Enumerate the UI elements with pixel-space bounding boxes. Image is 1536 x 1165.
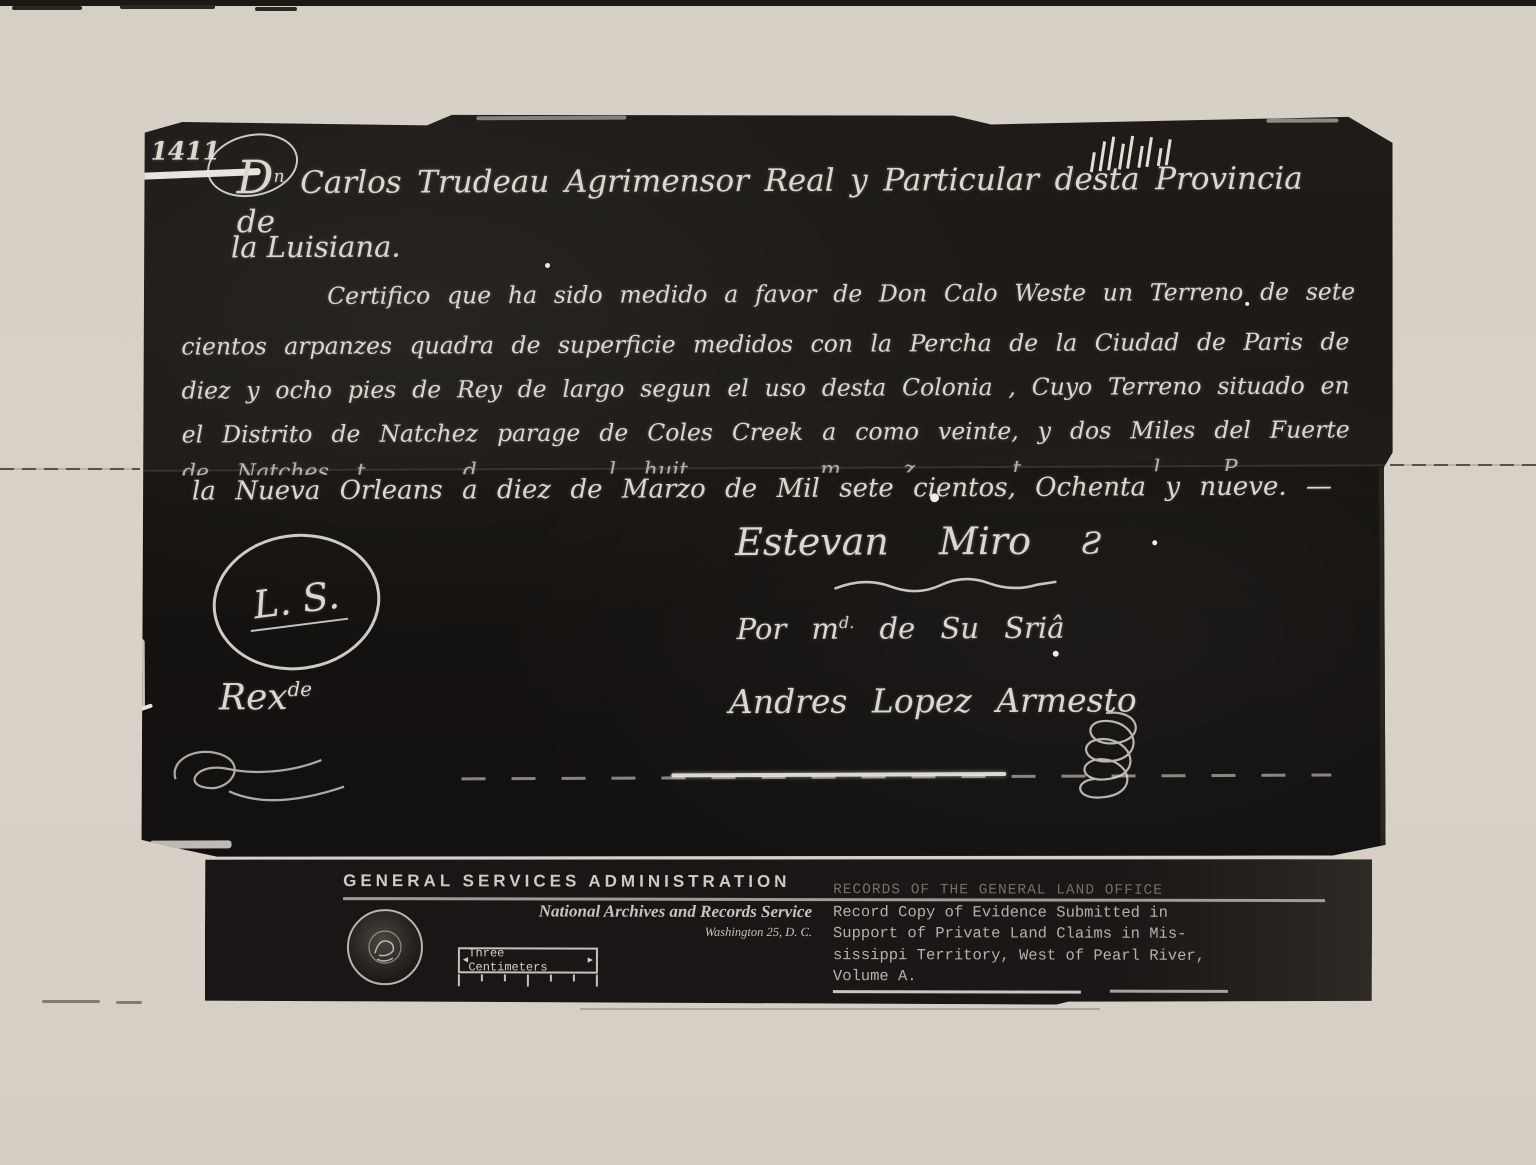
manuscript-body-line: cientos arpanzes quadra de superficie me… — [181, 327, 1349, 360]
scale-label: Three Centimeters — [468, 946, 587, 974]
miro-rubric-flourish — [830, 573, 1060, 596]
volume-underline — [1110, 990, 1228, 993]
signature-miro-text: Estevan Miro — [735, 519, 1031, 564]
archives-caption-strip: GENERAL SERVICES ADMINISTRATION National… — [205, 857, 1372, 1005]
opening-superscript: n — [273, 167, 284, 187]
rex-flourish — [167, 736, 352, 812]
page-top-edge — [0, 0, 1536, 6]
manuscript-date-line: la Nueva Orleans a diez de Marzo de Mil … — [192, 472, 1332, 507]
provenance-line: sissippi Territory, West of Pearl River, — [833, 945, 1205, 967]
margin-dash — [131, 703, 153, 714]
rex-superscript: de — [288, 678, 312, 701]
gsa-seal-logo — [347, 909, 423, 985]
attestation-line: Por md. de Su Sriâ — [737, 611, 1065, 646]
provenance-line: Record Copy of Evidence Submitted in — [833, 902, 1205, 924]
opening-initial: D — [237, 150, 274, 204]
national-archives-block: National Archives and Records Service Wa… — [520, 901, 812, 940]
manuscript-body-line: el Distrito de Natchez parage de Coles C… — [182, 415, 1350, 448]
paper-speck — [1152, 540, 1157, 545]
scale-bar: ◄ Three Centimeters ► — [458, 947, 598, 986]
signature-estevan-miro: Estevan Miro Ƨ — [735, 519, 1102, 565]
page-edge-mark — [12, 6, 82, 10]
provenance-line: Support of Private Land Claims in Mis- — [833, 923, 1205, 945]
manuscript-body-line: diez y ocho pies de Rey de largo segun e… — [182, 371, 1350, 404]
photostat-document: 1411 Dn Carlos Trudeau Agrimensor Real y… — [138, 109, 1395, 860]
fold-crease-right — [1390, 464, 1536, 466]
service-city: Washington 25, D. C. — [520, 924, 812, 940]
paper-edge-highlight — [1266, 119, 1338, 123]
volume-underline — [833, 990, 1081, 993]
opening-text: Carlos Trudeau Agrimensor Real y Particu… — [237, 161, 1303, 241]
page-edge-mark — [120, 5, 215, 9]
rex-notation: Rexde — [219, 677, 312, 718]
typed-provenance-block: RECORDS OF THE GENERAL LAND OFFICE Recor… — [833, 880, 1205, 988]
gsa-seal-emblem-icon — [365, 927, 405, 967]
miro-rubric-glyph: Ƨ — [1081, 527, 1102, 562]
page-edge-mark — [255, 7, 297, 11]
paper-speck — [1053, 651, 1059, 657]
agency-title: GENERAL SERVICES ADMINISTRATION — [343, 871, 790, 892]
page-bottom-mark — [116, 1001, 142, 1004]
paper-edge-highlight — [150, 840, 232, 848]
paper-edge-highlight — [476, 116, 626, 121]
paper-speck — [545, 263, 550, 268]
scale-ticks — [458, 974, 598, 986]
seal-initials: L. S. — [245, 572, 348, 632]
attestation-post: de Su Sriâ — [854, 611, 1064, 646]
manuscript-line-luisiana: la Luisiana. — [231, 230, 401, 265]
record-group-title: RECORDS OF THE GENERAL LAND OFFICE — [833, 880, 1205, 902]
paper-speck — [930, 493, 939, 502]
underlying-page-edge — [1379, 467, 1393, 853]
armesto-spiral-flourish — [1046, 706, 1156, 811]
page-bottom-mark — [42, 1000, 100, 1003]
provenance-line: Volume A. — [833, 966, 1205, 988]
locus-sigilli-seal: L. S. — [205, 524, 389, 680]
scale-arrow-right-icon: ► — [588, 956, 593, 966]
rex-text: Rex — [219, 677, 288, 718]
attestation-sup: d. — [839, 613, 854, 632]
fold-crease-left — [0, 468, 140, 470]
caption-shadow-line — [580, 1008, 1100, 1010]
paper-speck — [1245, 302, 1249, 306]
attestation-pre: Por m — [737, 612, 840, 646]
paper-edge-highlight — [138, 639, 145, 711]
service-name: National Archives and Records Service — [520, 901, 812, 922]
manuscript-body-line: Certifico que ha sido medido a favor de … — [327, 277, 1355, 309]
